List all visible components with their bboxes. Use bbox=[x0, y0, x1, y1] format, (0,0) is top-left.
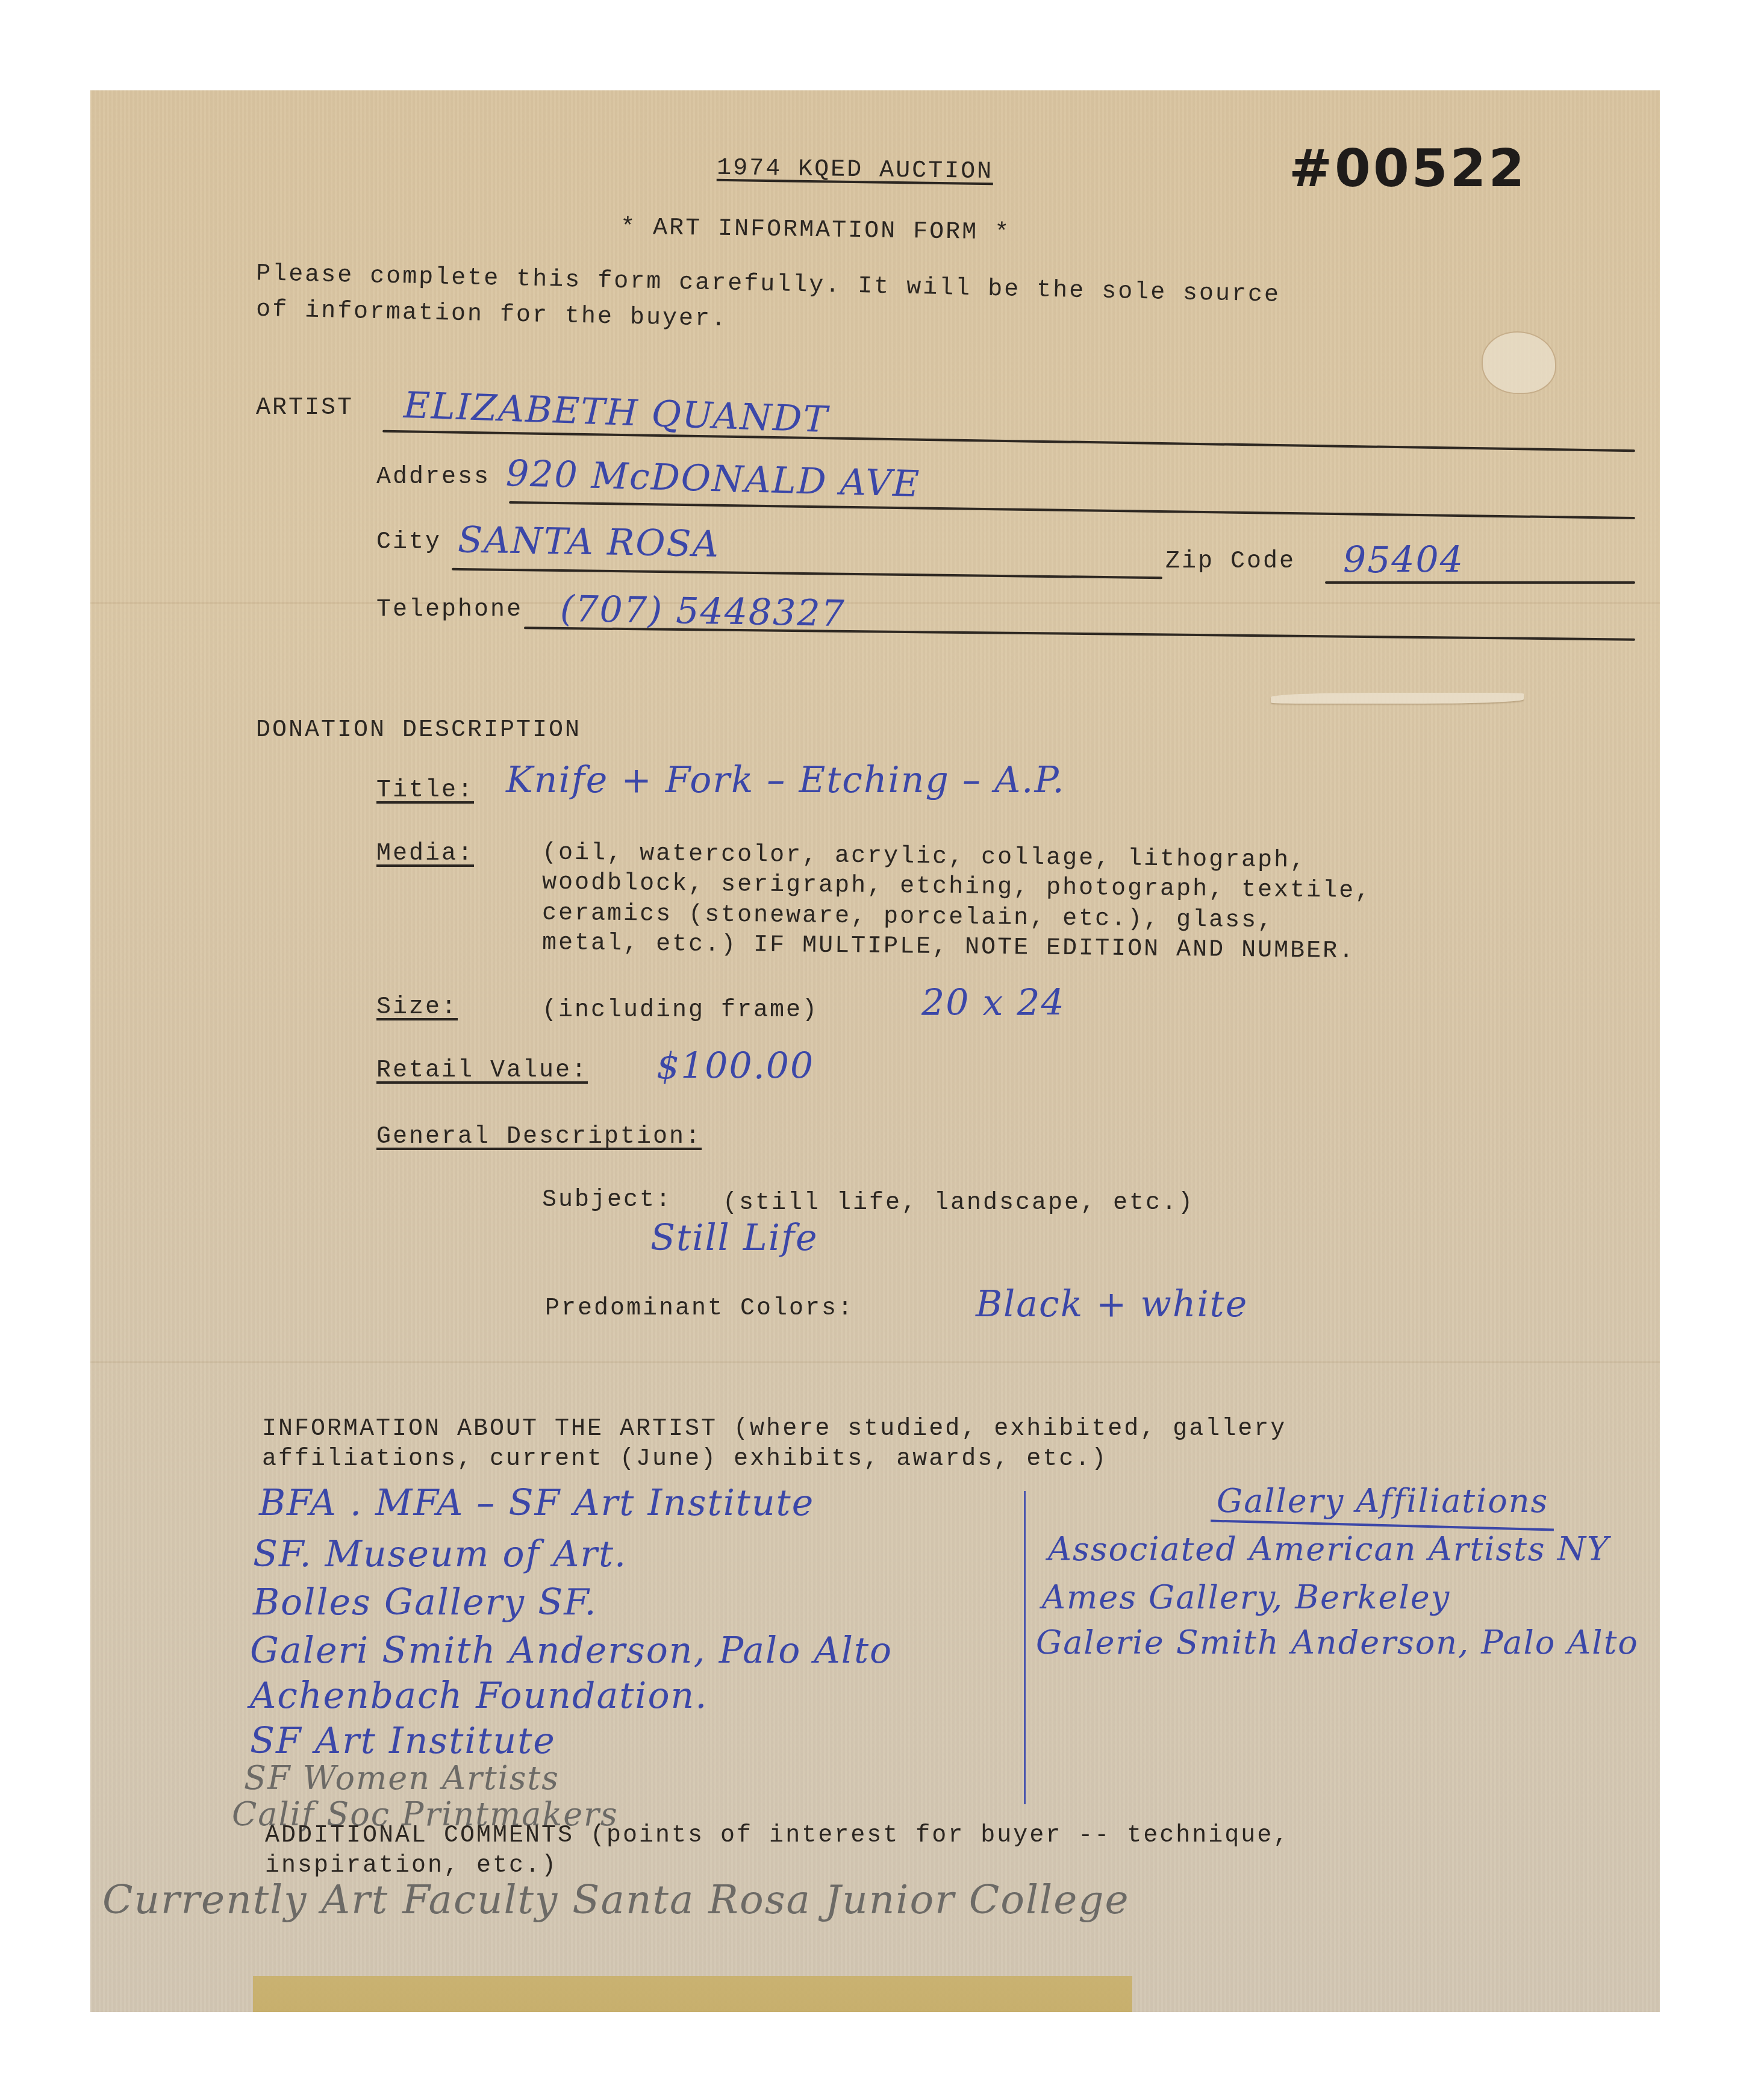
retail-value-label: Retail Value: bbox=[376, 1057, 588, 1084]
about-artist-entry[interactable]: Bolles Gallery SF. bbox=[253, 1581, 597, 1623]
address-value[interactable]: 920 McDONALD AVE bbox=[505, 452, 921, 505]
media-hint-line-4: metal, etc.) IF MULTIPLE, NOTE EDITION A… bbox=[542, 930, 1356, 965]
instructions-line-2: of information for the buyer. bbox=[256, 296, 728, 333]
additional-comments-label-line-1: ADDITIONAL COMMENTS (points of interest … bbox=[265, 1822, 1289, 1849]
gallery-entry[interactable]: Associated American Artists NY bbox=[1048, 1530, 1610, 1568]
about-artist-entry[interactable]: BFA . MFA – SF Art Institute bbox=[259, 1482, 814, 1524]
form-subtitle: * ART INFORMATION FORM * bbox=[620, 214, 1011, 246]
zip-label: Zip Code bbox=[1165, 548, 1295, 575]
about-artist-entry[interactable]: SF Art Institute bbox=[250, 1720, 556, 1762]
gallery-entry[interactable]: Galerie Smith Anderson, Palo Alto bbox=[1036, 1623, 1639, 1661]
subject-hint: (still life, landscape, etc.) bbox=[723, 1190, 1194, 1217]
title-value[interactable]: Knife + Fork – Etching – A.P. bbox=[506, 759, 1065, 801]
additional-comments-value[interactable]: Currently Art Faculty Santa Rosa Junior … bbox=[102, 1877, 1130, 1923]
about-artist-entry[interactable]: Galeri Smith Anderson, Palo Alto bbox=[250, 1630, 893, 1672]
artist-label: ARTIST bbox=[256, 395, 354, 422]
catalog-number: #00522 bbox=[1289, 139, 1527, 199]
retail-value[interactable]: $100.00 bbox=[656, 1045, 814, 1087]
column-divider-line bbox=[1024, 1491, 1026, 1804]
about-artist-entry-pencil[interactable]: SF Women Artists bbox=[244, 1759, 560, 1797]
paper-crease bbox=[90, 602, 1660, 604]
zip-value[interactable]: 95404 bbox=[1343, 539, 1464, 581]
form-title: 1974 KQED AUCTION bbox=[717, 155, 994, 186]
telephone-field-line bbox=[524, 627, 1635, 640]
zip-field-line bbox=[1325, 581, 1635, 584]
predominant-colors-label: Predominant Colors: bbox=[545, 1295, 854, 1322]
size-value[interactable]: 20 x 24 bbox=[921, 982, 1065, 1024]
form-paper: #00522 1974 KQED AUCTION * ART INFORMATI… bbox=[90, 90, 1660, 2012]
media-hint-line-2: woodblock, serigraph, etching, photograp… bbox=[542, 869, 1372, 905]
about-artist-label-line-2: affiliations, current (June) exhibits, a… bbox=[262, 1446, 1108, 1473]
media-hint-line-1: (oil, watercolor, acrylic, collage, lith… bbox=[542, 839, 1307, 874]
general-description-label: General Description: bbox=[376, 1123, 702, 1151]
about-artist-label-line-1: INFORMATION ABOUT THE ARTIST (where stud… bbox=[262, 1416, 1286, 1443]
size-hint: (including frame) bbox=[542, 997, 818, 1024]
city-field-line bbox=[452, 568, 1162, 579]
city-label: City bbox=[376, 529, 441, 556]
about-artist-entry[interactable]: Achenbach Foundation. bbox=[250, 1675, 708, 1717]
subject-label: Subject: bbox=[542, 1187, 672, 1214]
artist-field-line bbox=[382, 430, 1635, 452]
media-hint-line-3: ceramics (stoneware, porcelain, etc.), g… bbox=[542, 900, 1274, 935]
address-label: Address bbox=[376, 464, 490, 491]
subject-value[interactable]: Still Life bbox=[650, 1217, 818, 1259]
gallery-entry[interactable]: Ames Gallery, Berkeley bbox=[1042, 1578, 1450, 1616]
telephone-label: Telephone bbox=[376, 596, 523, 623]
gallery-affiliations-heading: Gallery Affiliations bbox=[1217, 1482, 1548, 1520]
media-label: Media: bbox=[376, 840, 474, 867]
water-stain bbox=[1482, 331, 1556, 394]
address-field-line bbox=[509, 501, 1635, 519]
predominant-colors-value[interactable]: Black + white bbox=[976, 1283, 1248, 1325]
size-label: Size: bbox=[376, 994, 458, 1021]
about-artist-entry[interactable]: SF. Museum of Art. bbox=[253, 1533, 627, 1575]
paper-tear bbox=[1271, 693, 1524, 704]
tape-strip bbox=[253, 1976, 1132, 2012]
gallery-heading-underline bbox=[1211, 1520, 1554, 1531]
paper-crease bbox=[90, 1361, 1660, 1363]
city-value[interactable]: SANTA ROSA bbox=[457, 519, 720, 566]
donation-section-label: DONATION DESCRIPTION bbox=[256, 717, 581, 744]
additional-comments-label-line-2: inspiration, etc.) bbox=[265, 1852, 558, 1880]
title-label: Title: bbox=[376, 777, 474, 804]
